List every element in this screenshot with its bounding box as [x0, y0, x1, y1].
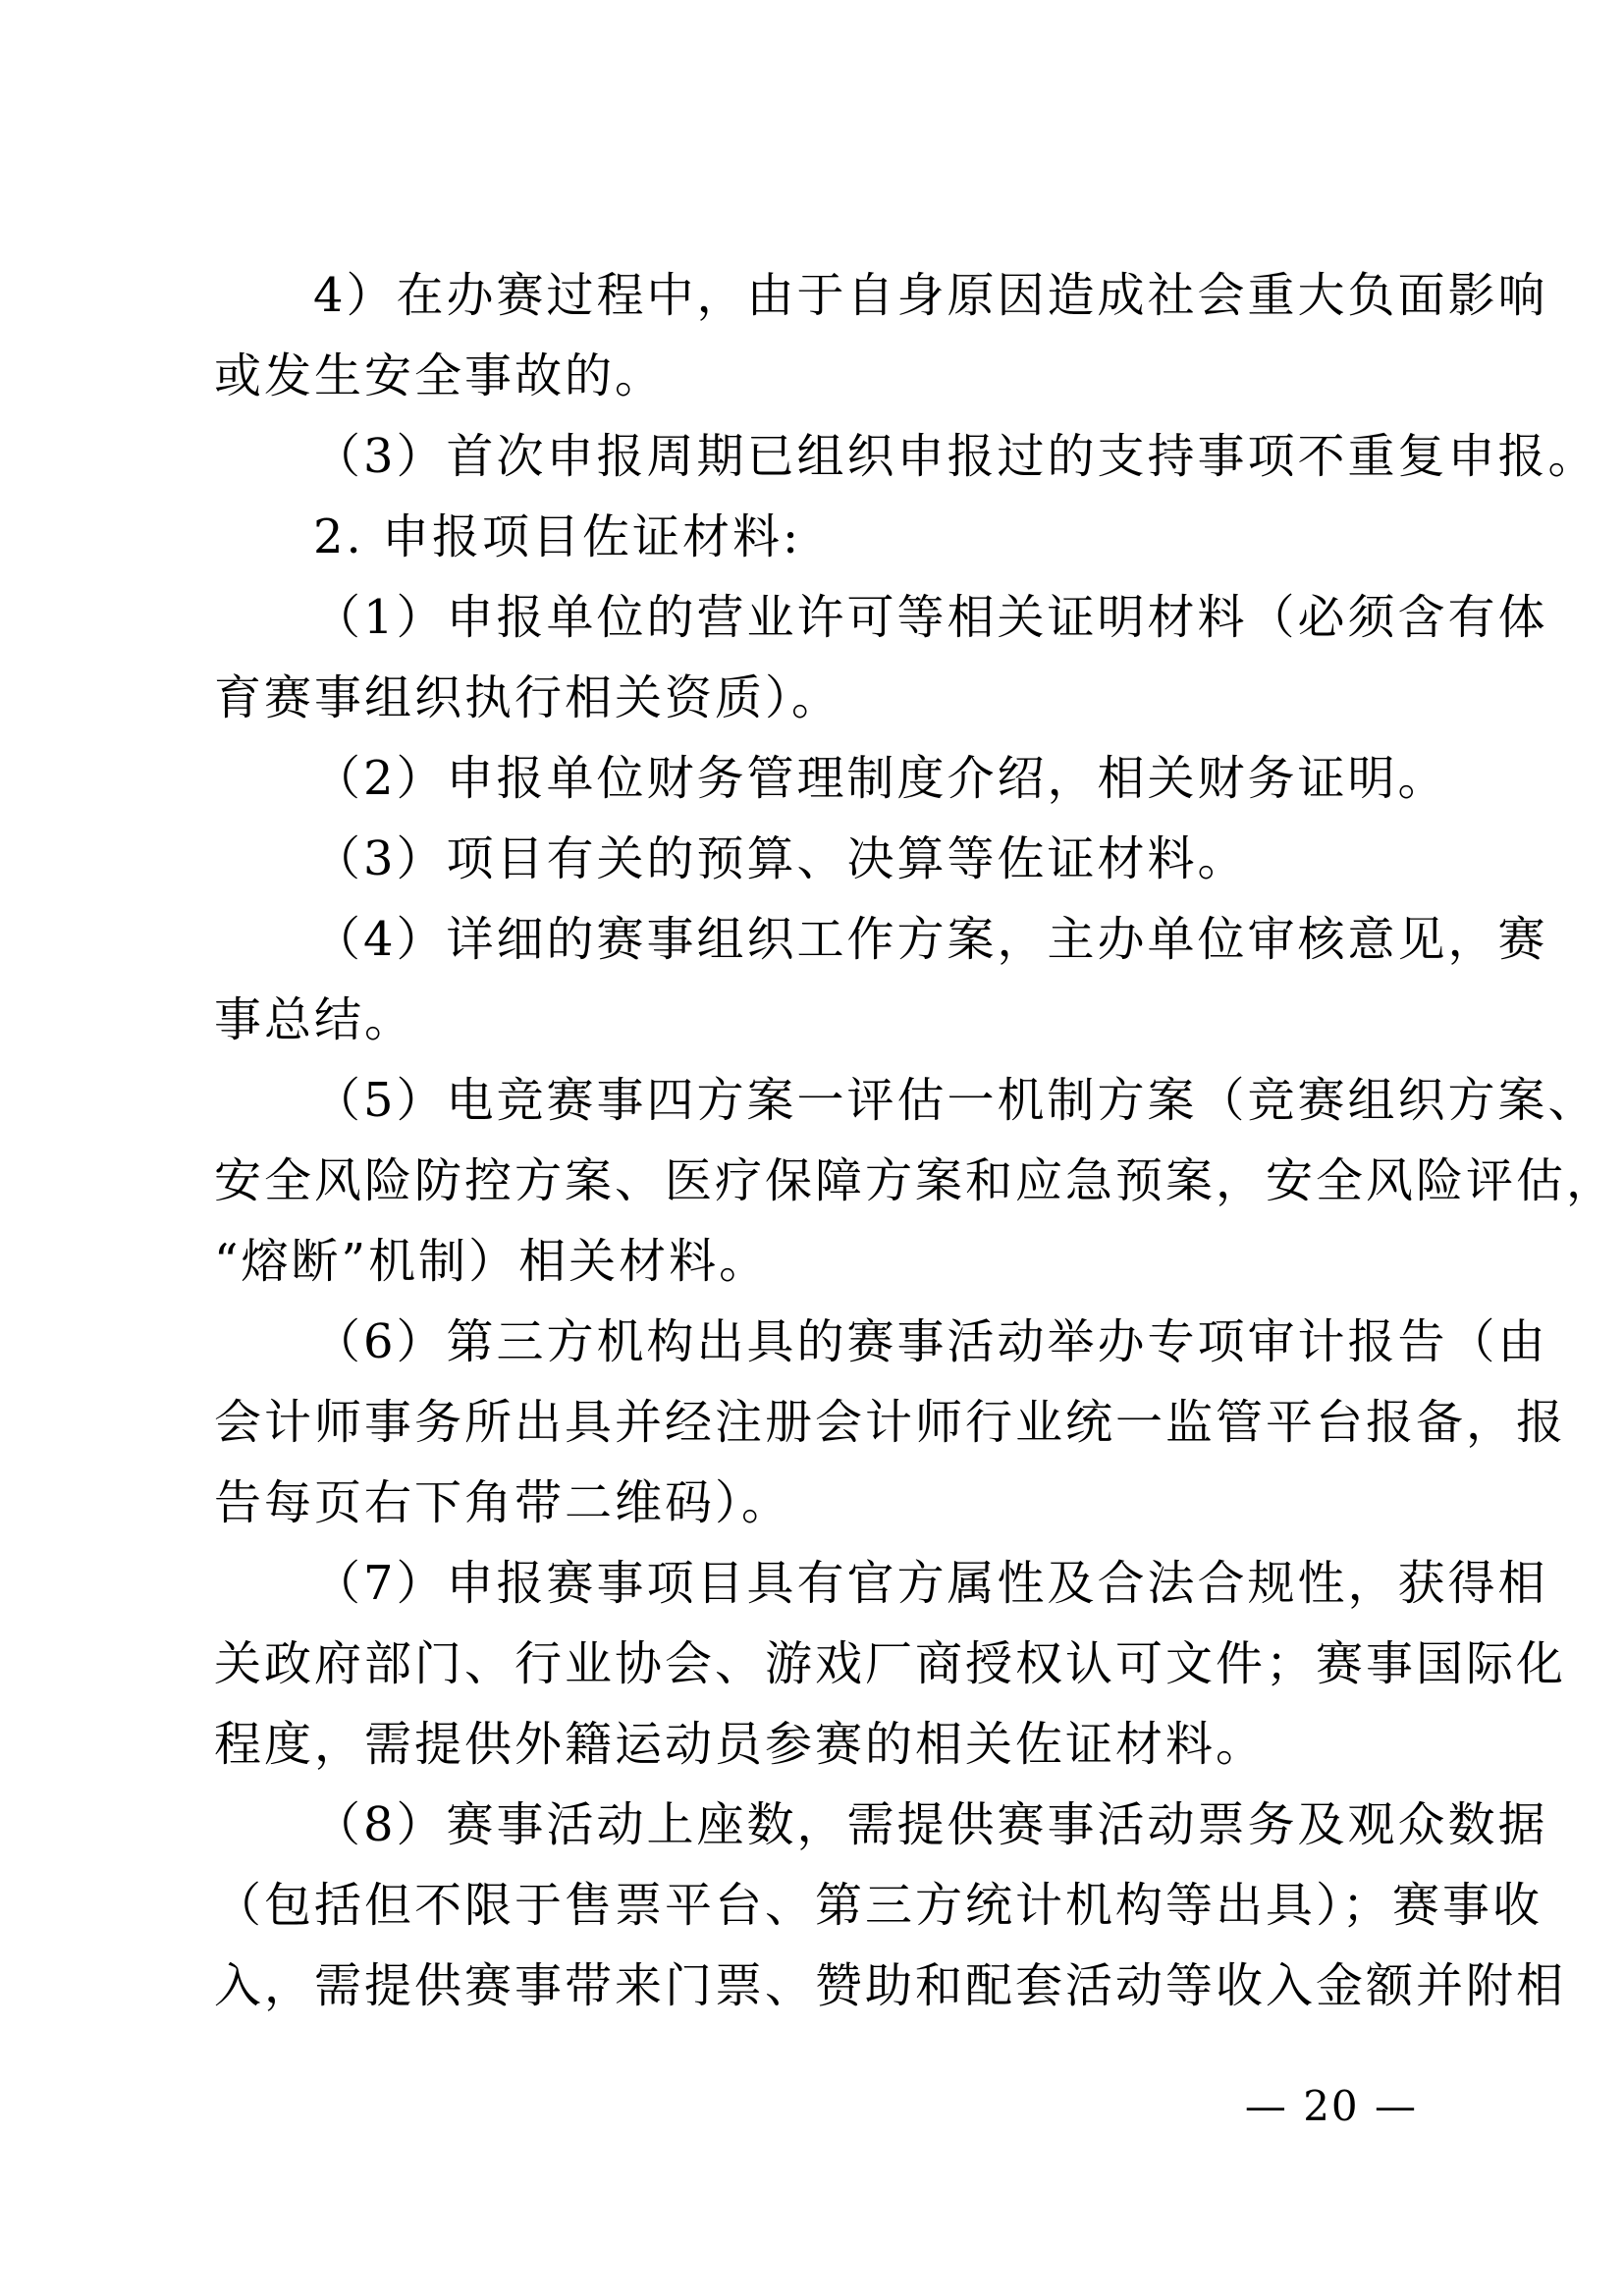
- paragraph-line: 程度，需提供外籍运动员参赛的相关佐证材料。: [214, 1704, 1490, 1785]
- paragraph-line: （8）赛事活动上座数，需提供赛事活动票务及观众数据: [214, 1785, 1490, 1865]
- paragraph-line: 入，需提供赛事带来门票、赞助和配套活动等收入金额并附相: [214, 1946, 1490, 2026]
- paragraph-line: 事总结。: [214, 980, 1490, 1060]
- paragraph-line: （5）电竞赛事四方案一评估一机制方案（竞赛组织方案、: [214, 1060, 1490, 1141]
- paragraph-line: （2）申报单位财务管理制度介绍，相关财务证明。: [214, 738, 1490, 819]
- paragraph-line: 2. 申报项目佐证材料:: [214, 497, 1490, 577]
- paragraph-line: 安全风险防控方案、医疗保障方案和应急预案，安全风险评估，: [214, 1141, 1490, 1221]
- paragraph-line: （4）详细的赛事组织工作方案，主办单位审核意见，赛: [214, 899, 1490, 980]
- paragraph-line: （7）申报赛事项目具有官方属性及合法合规性，获得相: [214, 1543, 1490, 1624]
- paragraph-line: 4）在办赛过程中，由于自身原因造成社会重大负面影响: [214, 255, 1490, 336]
- paragraph-line: （包括但不限于售票平台、第三方统计机构等出具）；赛事收: [214, 1865, 1490, 1946]
- paragraph-line: 或发生安全事故的。: [214, 336, 1490, 416]
- paragraph-line: （1）申报单位的营业许可等相关证明材料（必须含有体: [214, 577, 1490, 658]
- paragraph-line: 告每页右下角带二维码）。: [214, 1463, 1490, 1543]
- paragraph-line: （6）第三方机构出具的赛事活动举办专项审计报告（由: [214, 1302, 1490, 1382]
- paragraph-line: “熔断”机制）相关材料。: [214, 1221, 1490, 1302]
- text-block: 4）在办赛过程中，由于自身原因造成社会重大负面影响 或发生安全事故的。 （3）首…: [214, 255, 1490, 2026]
- paragraph-line: （3）首次申报周期已组织申报过的支持事项不重复申报。: [214, 416, 1490, 497]
- paragraph-line: 育赛事组织执行相关资质）。: [214, 658, 1490, 738]
- document-page: 4）在办赛过程中，由于自身原因造成社会重大负面影响 或发生安全事故的。 （3）首…: [0, 0, 1624, 2296]
- paragraph-line: 会计师事务所出具并经注册会计师行业统一监管平台报备，报: [214, 1382, 1490, 1463]
- page-number: — 20 —: [1245, 2077, 1418, 2136]
- paragraph-line: 关政府部门、行业协会、游戏厂商授权认可文件；赛事国际化: [214, 1624, 1490, 1704]
- paragraph-line: （3）项目有关的预算、决算等佐证材料。: [214, 819, 1490, 899]
